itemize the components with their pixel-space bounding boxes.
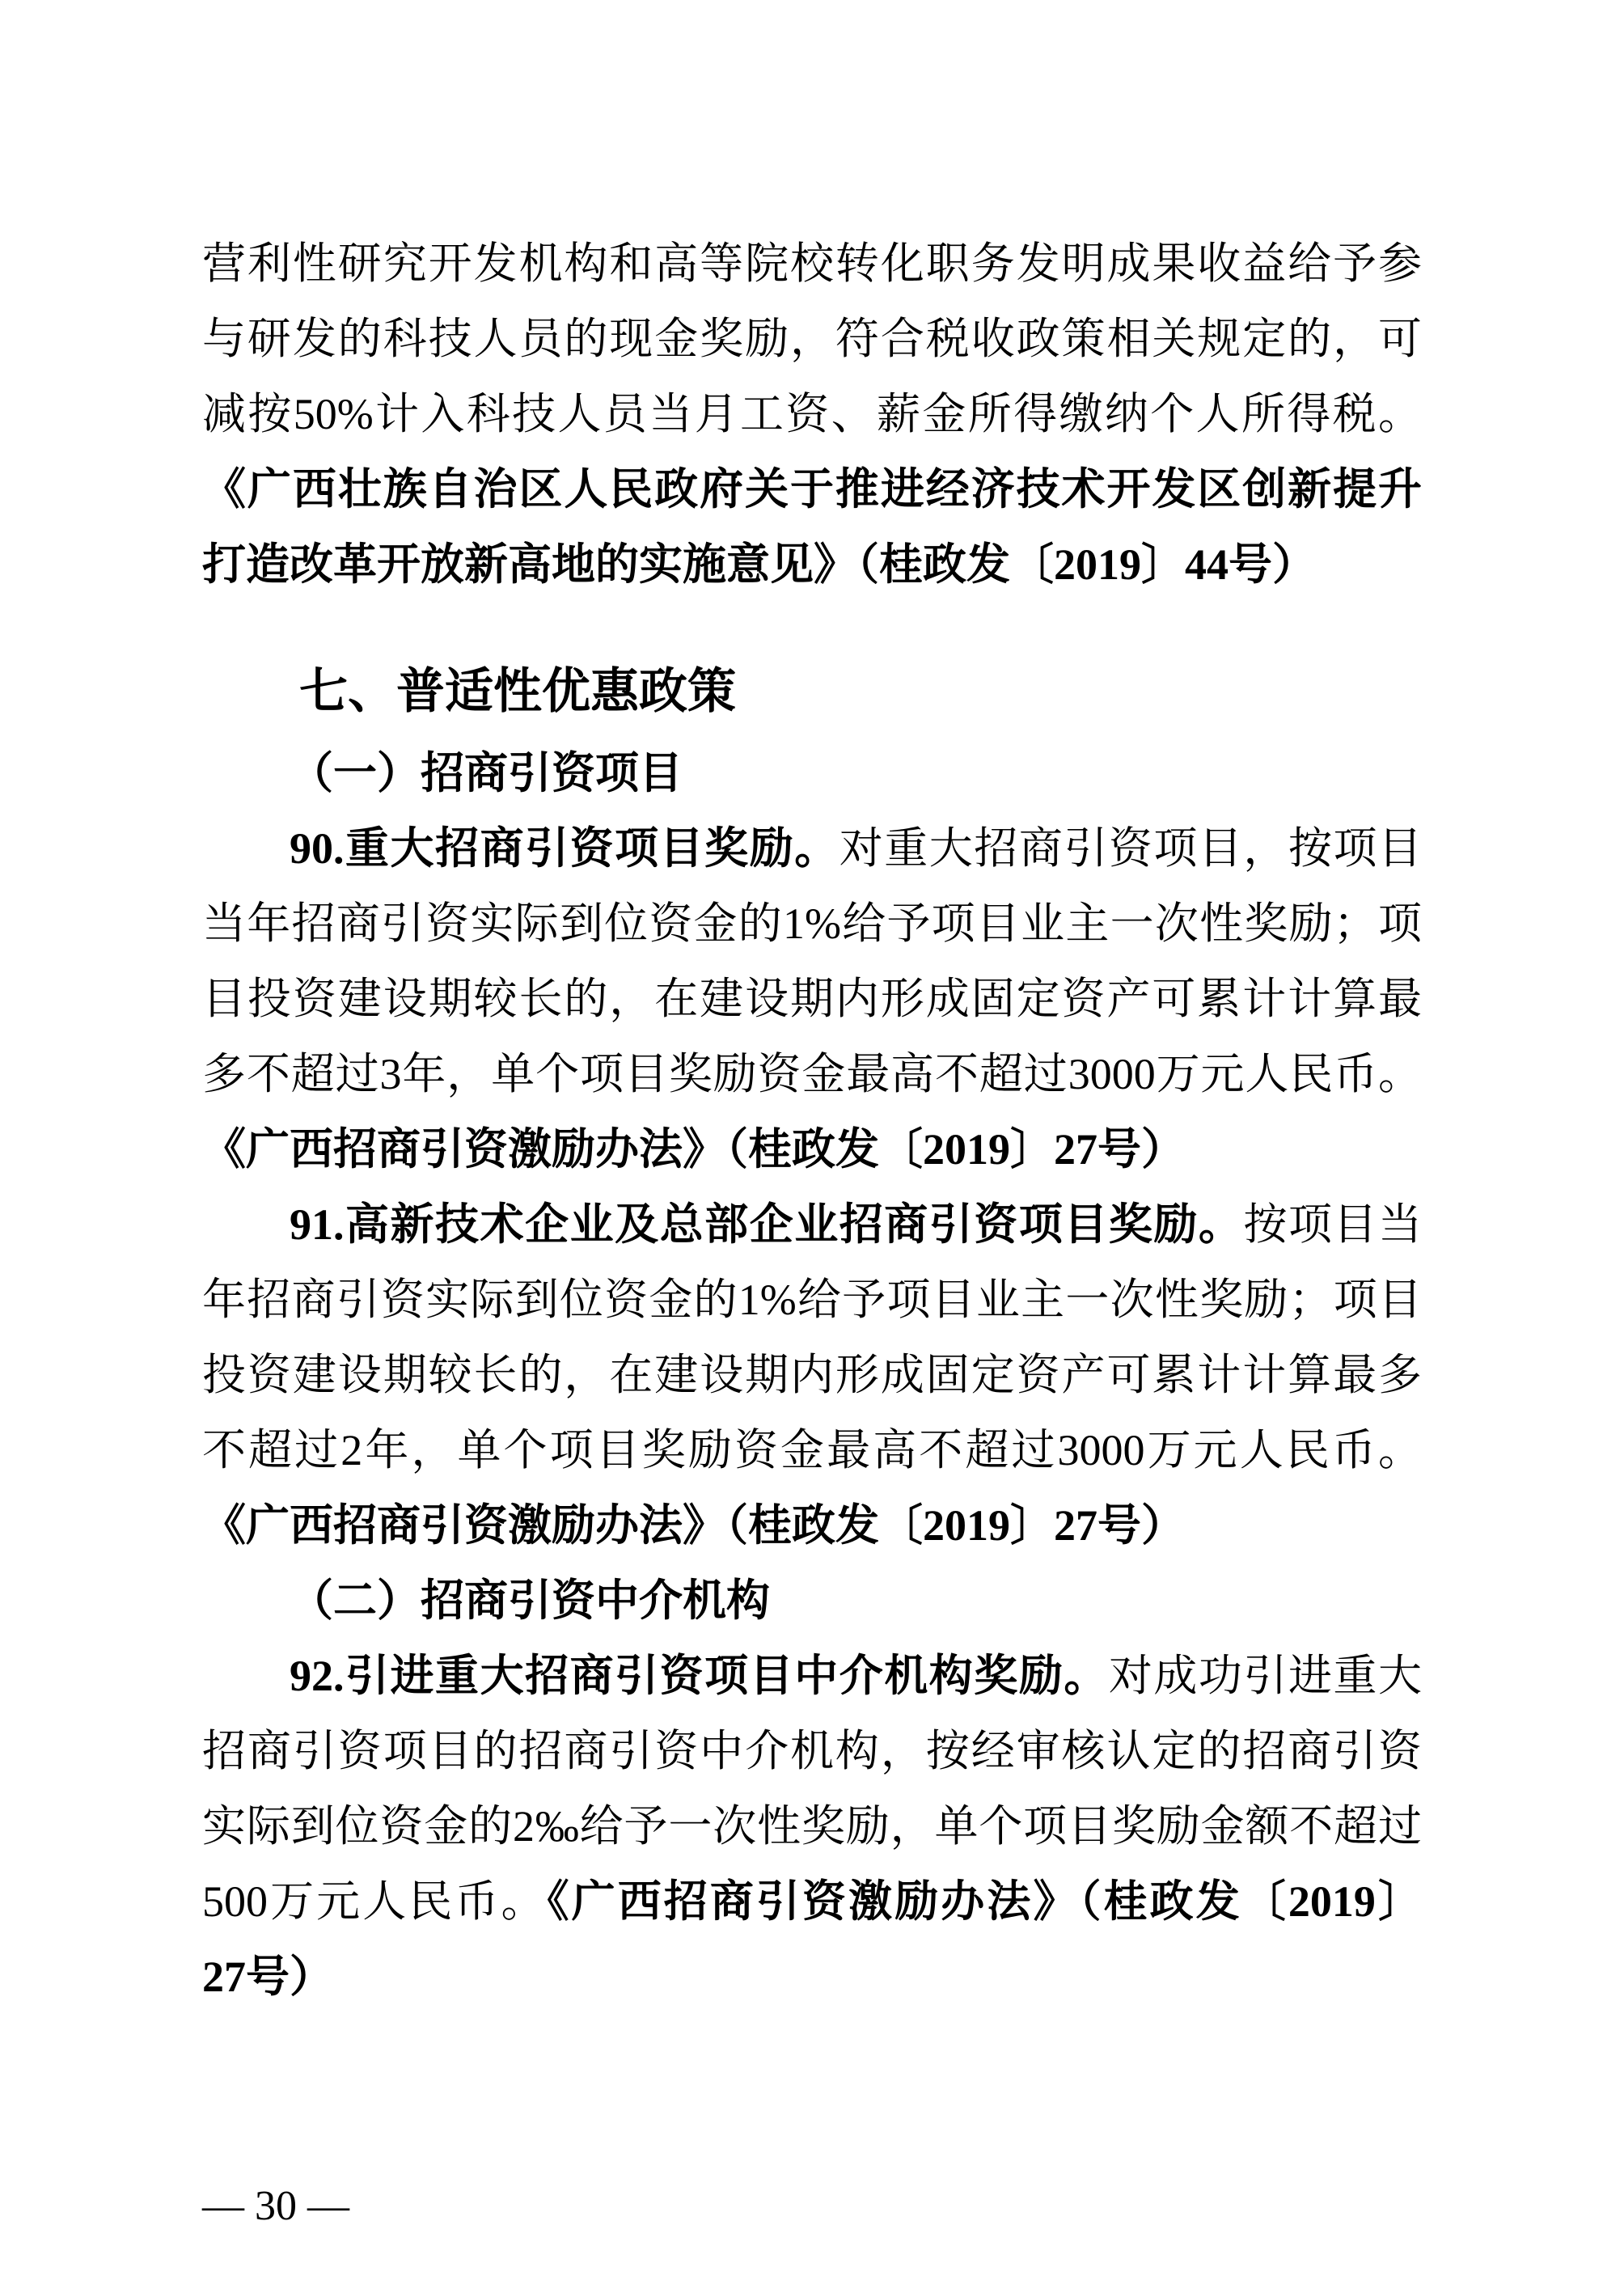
text-line: 90.重大招商引资项目奖励。对重大招商引资项目，按项目 [202, 811, 1422, 886]
text-line: 多不超过3年，单个项目奖励资金最高不超过3000万元人民币。 [202, 1037, 1422, 1112]
page-number: — 30 — [202, 2183, 349, 2229]
text-line: 实际到位资金的2‰给予一次性奖励，单个项目奖励金额不超过 [202, 1789, 1422, 1864]
text-segment: 目投资建设期较长的，在建设期内形成固定资产可累计计算最 [202, 975, 1422, 1023]
text-segment: 《广西招商引资激励办法》（桂政发〔2019〕 [548, 1877, 1422, 1926]
text-segment: 对成功引进重大 [1109, 1652, 1422, 1700]
text-segment: 27号） [202, 1952, 333, 2001]
text-segment: 当年招商引资实际到位资金的1%给予项目业主一次性奖励；项 [202, 899, 1422, 948]
text-line: 投资建设期较长的，在建设期内形成固定资产可累计计算最多 [202, 1338, 1422, 1413]
text-segment: 《广西招商引资激励办法》（桂政发〔2019〕27号） [202, 1125, 1185, 1174]
document-content: 营利性研究开发机构和高等院校转化职务发明成果收益给予参与研发的科技人员的现金奖励… [202, 226, 1422, 2015]
text-line: 打造改革开放新高地的实施意见》（桂政发〔2019〕44号） [202, 527, 1422, 603]
text-segment: 营利性研究开发机构和高等院校转化职务发明成果收益给予参 [202, 239, 1422, 288]
text-line: 减按50%计入科技人员当月工资、薪金所得缴纳个人所得税。 [202, 377, 1422, 452]
text-segment: 《广西壮族自治区人民政府关于推进经济技术开发区创新提升 [202, 465, 1422, 514]
text-segment: 不超过2年，单个项目奖励资金最高不超过3000万元人民币。 [202, 1426, 1422, 1474]
text-line: 年招商引资实际到位资金的1%给予项目业主一次性奖励；项目 [202, 1263, 1422, 1338]
text-segment: 实际到位资金的2‰给予一次性奖励，单个项目奖励金额不超过 [202, 1802, 1422, 1851]
text-segment: 多不超过3年，单个项目奖励资金最高不超过3000万元人民币。 [202, 1050, 1422, 1098]
text-segment: 与研发的科技人员的现金奖励，符合税收政策相关规定的，可 [202, 315, 1422, 363]
text-segment: 投资建设期较长的，在建设期内形成固定资产可累计计算最多 [202, 1351, 1422, 1399]
text-line: 27号） [202, 1940, 1422, 2015]
text-line: 与研发的科技人员的现金奖励，符合税收政策相关规定的，可 [202, 302, 1422, 377]
document-page: 营利性研究开发机构和高等院校转化职务发明成果收益给予参与研发的科技人员的现金奖励… [0, 0, 1624, 2293]
text-line: 目投资建设期较长的，在建设期内形成固定资产可累计计算最 [202, 962, 1422, 1037]
text-line: 招商引资项目的招商引资中介机构，按经审核认定的招商引资 [202, 1714, 1422, 1789]
text-segment: 按项目当 [1243, 1200, 1422, 1249]
text-segment: 对重大招商引资项目，按项目 [839, 824, 1422, 873]
text-segment: （一）招商引资项目 [290, 749, 683, 797]
text-line: 《广西招商引资激励办法》（桂政发〔2019〕27号） [202, 1488, 1422, 1563]
text-segment: 七、普适性优惠政策 [299, 664, 736, 718]
text-line: 不超过2年，单个项目奖励资金最高不超过3000万元人民币。 [202, 1413, 1422, 1488]
text-line: 92.引进重大招商引资项目中介机构奖励。对成功引进重大 [202, 1639, 1422, 1714]
text-segment: 年招商引资实际到位资金的1%给予项目业主一次性奖励；项目 [202, 1276, 1422, 1324]
section-heading: 七、普适性优惠政策 [202, 659, 1422, 724]
text-segment: 招商引资项目的招商引资中介机构，按经审核认定的招商引资 [202, 1727, 1422, 1775]
text-segment: 90.重大招商引资项目奖励。 [290, 824, 839, 873]
text-segment: 92.引进重大招商引资项目中介机构奖励。 [290, 1652, 1109, 1700]
text-segment: 500万元人民币。 [202, 1877, 548, 1926]
text-segment: 减按50%计入科技人员当月工资、薪金所得缴纳个人所得税。 [202, 390, 1422, 438]
text-line: 《广西壮族自治区人民政府关于推进经济技术开发区创新提升 [202, 452, 1422, 527]
text-line: 500万元人民币。《广西招商引资激励办法》（桂政发〔2019〕 [202, 1864, 1422, 1940]
text-line: 91.高新技术企业及总部企业招商引资项目奖励。按项目当 [202, 1187, 1422, 1263]
subheading-line: （一）招商引资项目 [202, 736, 1422, 811]
text-segment: 《广西招商引资激励办法》（桂政发〔2019〕27号） [202, 1501, 1185, 1550]
text-segment: 打造改革开放新高地的实施意见》（桂政发〔2019〕44号） [202, 540, 1316, 589]
text-segment: 91.高新技术企业及总部企业招商引资项目奖励。 [290, 1200, 1243, 1249]
text-line: 当年招商引资实际到位资金的1%给予项目业主一次性奖励；项 [202, 886, 1422, 962]
text-segment: （二）招商引资中介机构 [290, 1576, 770, 1625]
text-line: 《广西招商引资激励办法》（桂政发〔2019〕27号） [202, 1112, 1422, 1187]
subheading-line: （二）招商引资中介机构 [202, 1563, 1422, 1639]
page-footer: — 30 — [202, 2178, 349, 2235]
text-line: 营利性研究开发机构和高等院校转化职务发明成果收益给予参 [202, 226, 1422, 302]
